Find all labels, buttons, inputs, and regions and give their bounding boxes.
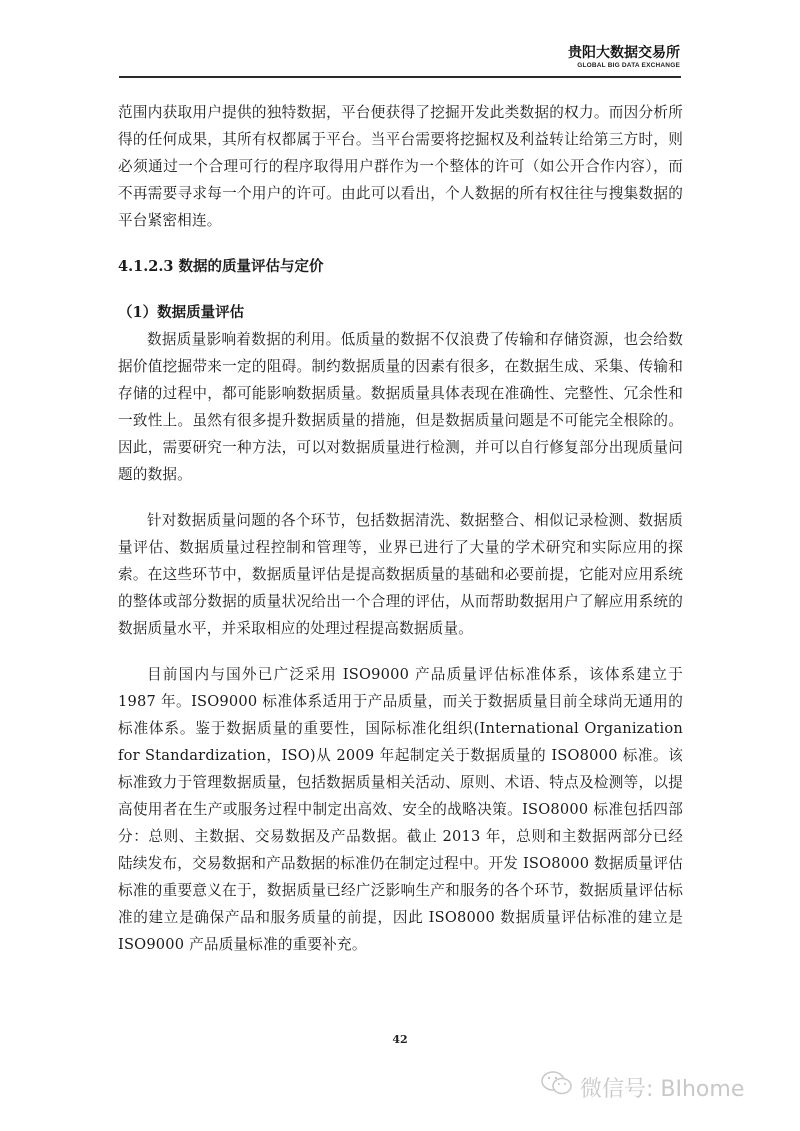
- logo-english-name: GLOBAL BIG DATA EXCHANGE: [568, 62, 680, 70]
- intro-paragraph: 范围内获取用户提供的独特数据，平台便获得了挖掘开发此类数据的权力。而因分析所得的…: [118, 99, 683, 234]
- watermark-text: 微信号: BIhome: [580, 1072, 744, 1103]
- header-logo: 贵阳大数据交易所 GLOBAL BIG DATA EXCHANGE: [568, 45, 680, 70]
- body-paragraph: 目前国内与国外已广泛采用 ISO9000 产品质量评估标准体系，该体系建立于 1…: [118, 661, 683, 958]
- page-number: 42: [0, 1033, 800, 1046]
- watermark: 微信号: BIhome: [540, 1070, 744, 1104]
- header-divider: [119, 76, 681, 78]
- wechat-icon: [540, 1070, 580, 1104]
- body-paragraph: 针对数据质量问题的各个环节，包括数据清洗、数据整合、相似记录检测、数据质量评估、…: [118, 507, 683, 642]
- page-content: 范围内获取用户提供的独特数据，平台便获得了挖掘开发此类数据的权力。而因分析所得的…: [118, 99, 683, 958]
- body-paragraph: 数据质量影响着数据的利用。低质量的数据不仅浪费了传输和存储资源，也会给数据价值挖…: [118, 326, 683, 488]
- section-heading: 4.1.2.3 数据的质量评估与定价: [118, 253, 683, 280]
- logo-chinese-name: 贵阳大数据交易所: [568, 45, 680, 61]
- sub-heading: （1）数据质量评估: [118, 299, 683, 326]
